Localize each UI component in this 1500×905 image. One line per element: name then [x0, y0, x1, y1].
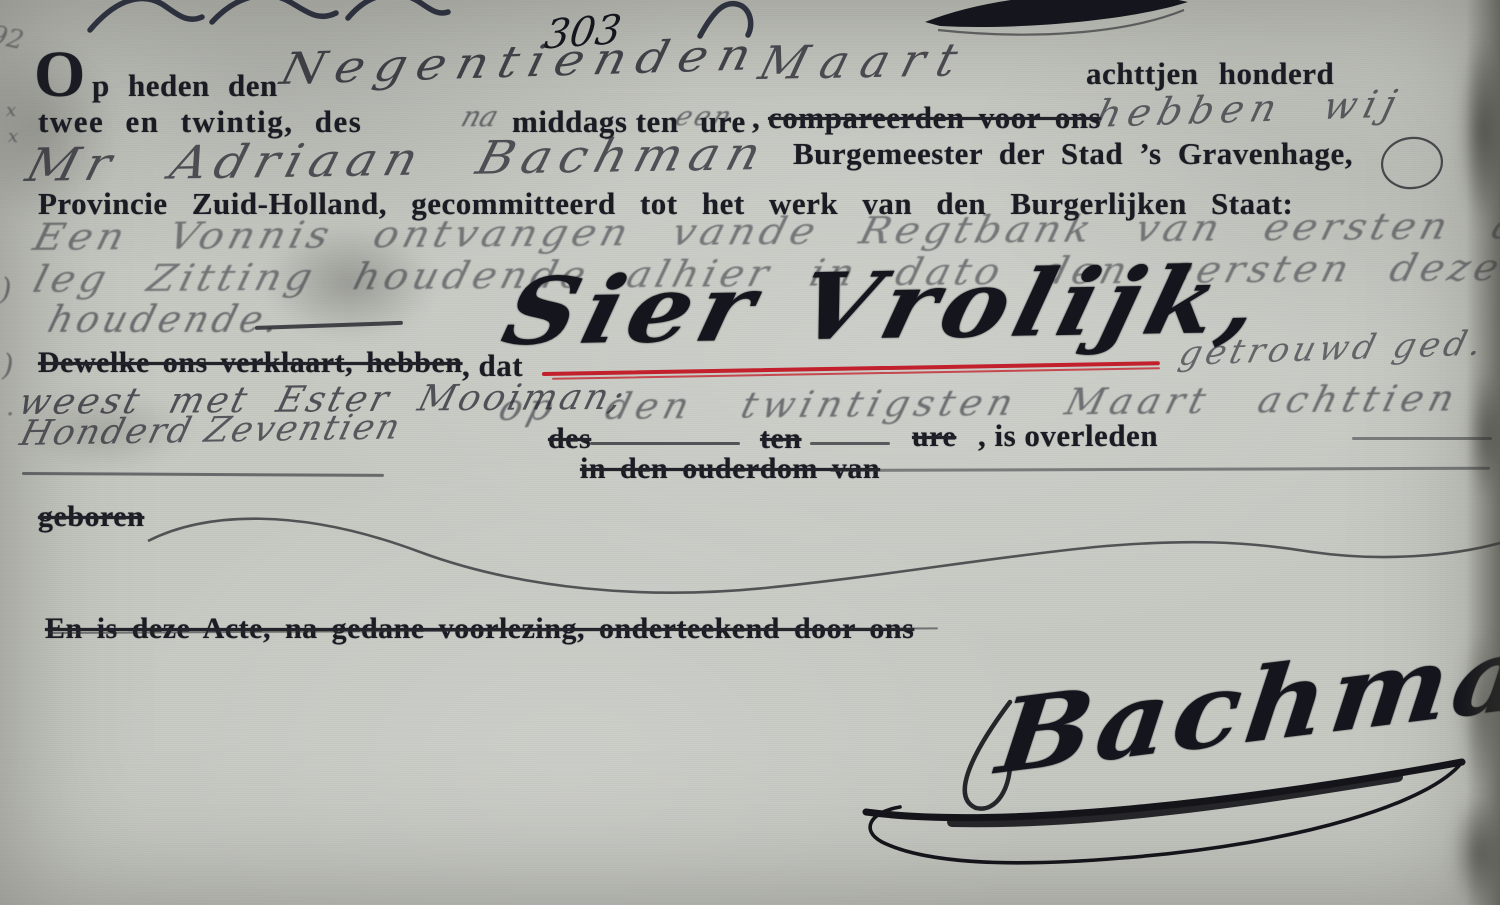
struck-ten: ten [760, 422, 802, 456]
scan-edge-shadow [1466, 0, 1500, 905]
margin-curl: ) [2, 348, 14, 383]
hw-year: Honderd Zeventien [16, 407, 406, 454]
op-drop-cap: O [34, 42, 86, 108]
margin-curl: ) [0, 272, 12, 307]
margin-tick: x [6, 100, 16, 121]
struck-des: des [548, 422, 591, 456]
struck-geboren: geboren [38, 500, 144, 534]
deceased-name: Sier Vrolijk, [495, 254, 1276, 358]
hw-month: Maart [753, 32, 976, 90]
wavy-fill-line [148, 519, 1500, 593]
struck-compareerden: compareerden voor ons [768, 100, 1101, 136]
margin-dot: . [6, 392, 14, 422]
struck-ure: ure [912, 420, 956, 454]
is-overleden: , is overleden [978, 418, 1158, 454]
blank-fill-line [810, 442, 890, 445]
hw-block-line3: houdende. [43, 298, 287, 341]
top-right-ink-swoosh [925, 0, 1188, 35]
death-certificate-scan: 92 x x ) ) . 303 O p heden den Negentien… [0, 0, 1500, 905]
top-edge-handwriting [90, 0, 751, 36]
ink-ring [1379, 134, 1445, 192]
burgemeester-line: Burgemeester der Stad ’s Gravenhage, [793, 136, 1353, 172]
struck-dewelke: Dewelke ons verklaart, hebben [38, 346, 462, 380]
date-line-printed-prefix: p heden den [92, 68, 278, 104]
blank-fill-line [590, 442, 740, 445]
margin-tick: x [8, 126, 18, 147]
